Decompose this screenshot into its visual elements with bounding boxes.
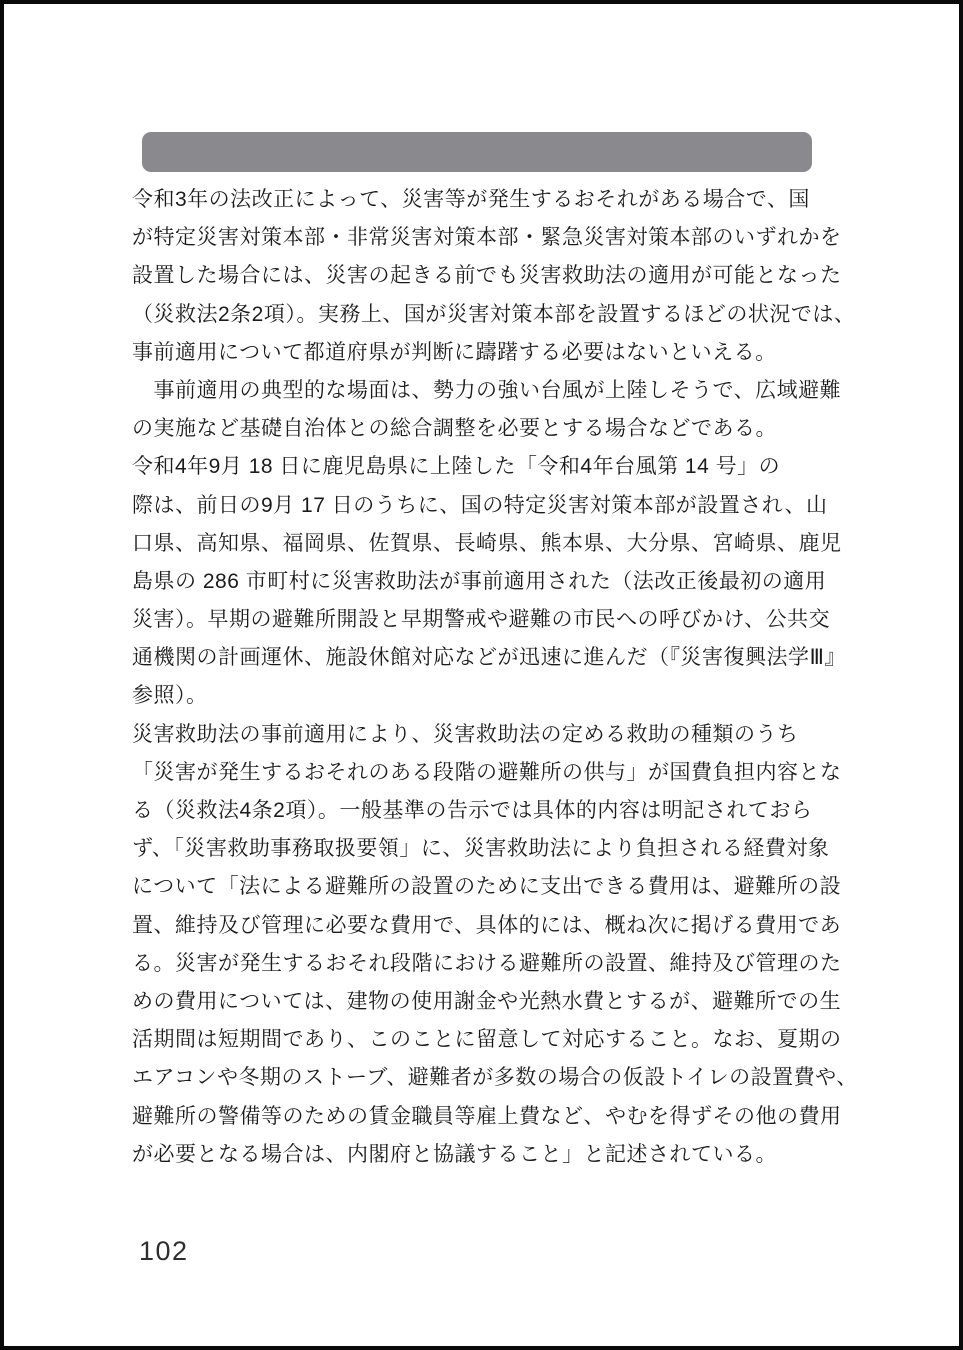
page-number: 102 — [139, 1236, 189, 1267]
text-line: 参照）。 — [132, 677, 848, 715]
text-line: めの費用については、建物の使用謝金や光熱水費とするが、避難所での生 — [132, 983, 848, 1021]
body-text-block: 令和3年の法改正によって、災害等が発生するおそれがある場合で、国 が特定災害対策… — [132, 181, 848, 1174]
text-line: ず、「災害救助事務取扱要領」に、災害救助法により負担される経費対象 — [132, 830, 848, 868]
text-line: （災救法2条2項）。実務上、国が災害対策本部を設置するほどの状況では、 — [132, 296, 848, 334]
text-line: 際は、前日の9月 17 日のうちに、国の特定災害対策本部が設置され、山 — [132, 487, 848, 525]
text-line: 令和3年の法改正によって、災害等が発生するおそれがある場合で、国 — [132, 181, 848, 219]
text-line: 令和4年9月 18 日に鹿児島県に上陸した「令和4年台風第 14 号」の — [132, 448, 848, 486]
text-line: が必要となる場合は、内閣府と協議すること」と記述されている。 — [132, 1136, 848, 1174]
text-line: 口県、高知県、福岡県、佐賀県、長崎県、熊本県、大分県、宮崎県、鹿児 — [132, 525, 848, 563]
text-line: 災害救助法の事前適用により、災害救助法の定める救助の種類のうち — [132, 716, 848, 754]
text-line: 災害）。早期の避難所開設と早期警戒や避難の市民への呼びかけ、公共交 — [132, 601, 848, 639]
text-line: 避難所の警備等のための賃金職員等雇上費など、やむを得ずその他の費用 — [132, 1098, 848, 1136]
text-line: 設置した場合には、災害の起きる前でも災害救助法の適用が可能となった — [132, 257, 848, 295]
text-line: 活期間は短期間であり、このことに留意して対応すること。なお、夏期の — [132, 1021, 848, 1059]
text-line: 島県の 286 市町村に災害救助法が事前適用された（法改正後最初の適用 — [132, 563, 848, 601]
text-line: 置、維持及び管理に必要な費用で、具体的には、概ね次に掲げる費用であ — [132, 907, 848, 945]
text-line: 「災害が発生するおそれのある段階の避難所の供与」が国費負担内容とな — [132, 754, 848, 792]
text-line: の実施など基礎自治体との総合調整を必要とする場合などである。 — [132, 410, 848, 448]
text-line: 通機関の計画運休、施設休館対応などが迅速に進んだ（『災害復興法学Ⅲ』 — [132, 639, 848, 677]
section-header-bar: 2 災害救助法の適用基準（事前適用） — [142, 132, 812, 172]
document-page: 2 災害救助法の適用基準（事前適用） 令和3年の法改正によって、災害等が発生する… — [0, 0, 963, 1350]
text-line: エアコンや冬期のストーブ、避難者が多数の場合の仮設トイレの設置費や、 — [132, 1059, 848, 1097]
text-line: が特定災害対策本部・非常災害対策本部・緊急災害対策本部のいずれかを — [132, 219, 848, 257]
text-line: について「法による避難所の設置のために支出できる費用は、避難所の設 — [132, 868, 848, 906]
text-line: 事前適用について都道府県が判断に躊躇する必要はないといえる。 — [132, 334, 848, 372]
text-line: る。災害が発生するおそれ段階における避難所の設置、維持及び管理のた — [132, 945, 848, 983]
text-line: 事前適用の典型的な場面は、勢力の強い台風が上陸しそうで、広域避難 — [132, 372, 848, 410]
text-line: る（災救法4条2項）。一般基準の告示では具体的内容は明記されておら — [132, 792, 848, 830]
